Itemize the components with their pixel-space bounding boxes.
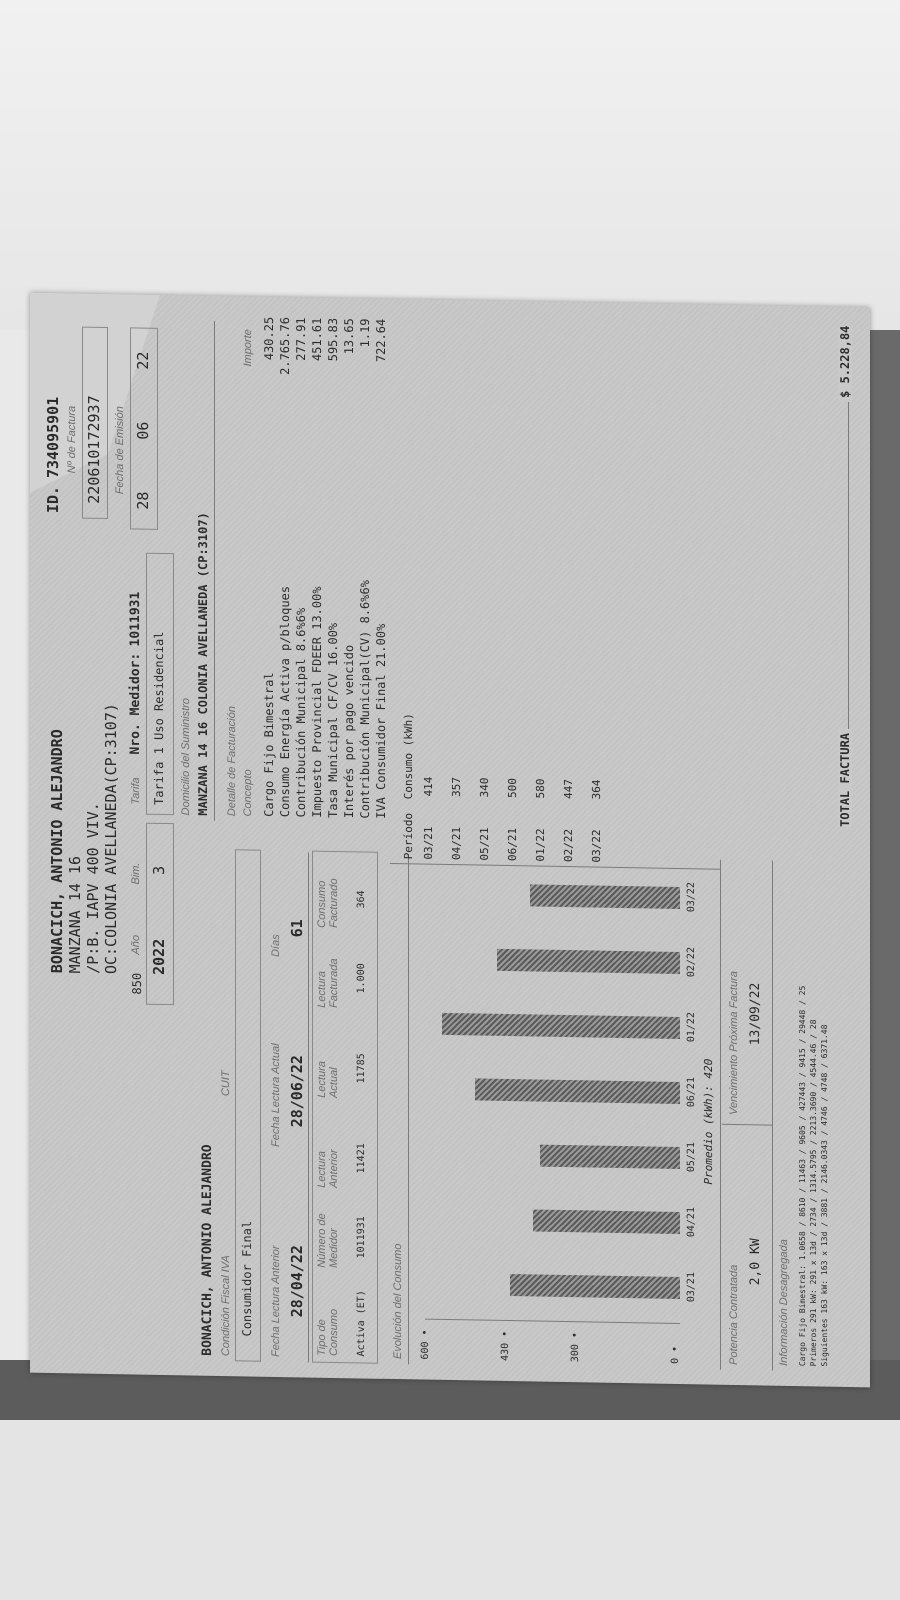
period-label: Período [402, 813, 415, 860]
reading-prev: 11421 [356, 1143, 367, 1173]
electricity-bill-paper: BONACICH, ANTONIO ALEJANDRO MANZANA 14 1… [30, 293, 870, 1388]
x-label: 03/22 [686, 882, 697, 912]
divider [308, 853, 309, 1363]
bar-01-22 [442, 1013, 680, 1039]
bill-line: Contribución Municipal(CV) 8.6%6%1.19 [358, 318, 372, 818]
divider [722, 1124, 772, 1126]
prev-read-date: 28/04/22 [288, 1245, 306, 1318]
kwh: 447 [562, 779, 575, 799]
invoice-number: 220610172937 [85, 395, 103, 504]
supply-address-label: Domicilio del Suministro [180, 698, 192, 816]
due-date-value: 13/09/22 [748, 983, 763, 1046]
issue-day: 28 [134, 491, 152, 509]
bill-concept: Interés por pago vencido [342, 645, 356, 819]
fiscal-condition-label: Condición Fiscal IVA [220, 1255, 232, 1356]
reading-consumption: 364 [356, 890, 367, 908]
year-label: Año [130, 935, 142, 955]
cuit-label: CUIT [220, 1070, 232, 1096]
kwh: 357 [450, 777, 463, 797]
bill-amount: 430.25 [262, 317, 276, 361]
total-amount: $ 5.228,84 [838, 326, 852, 402]
bill-concept: Contribución Municipal(CV) 8.6%6% [358, 580, 372, 819]
divider [408, 854, 409, 1364]
supply-address: MANZANA 14 16 COLONIA AVELLANEDA (CP:310… [196, 512, 210, 816]
bill-amount: 1.19 [358, 318, 372, 347]
background-top [0, 0, 900, 330]
concept-label: Concepto [242, 769, 254, 816]
bill-amount: 277.91 [294, 317, 308, 361]
bar-04-21 [533, 1209, 680, 1234]
history-row: 06/21500 [506, 778, 519, 861]
col-billed-reading: Lectura Facturada [316, 948, 340, 1008]
bill-concept: Impuesto Provincial FDEER 13.00% [310, 586, 324, 817]
days-label: Días [270, 934, 282, 957]
customer-name: BONACICH, ANTONIO ALEJANDRO [200, 1144, 215, 1356]
meter-number: 1011931 [128, 592, 143, 647]
curr-read-date-label: Fecha Lectura Actual [270, 1043, 282, 1147]
bill-concept: Consumo Energía Activa p/bloques [278, 586, 292, 817]
bill-line: Impuesto Provincial FDEER 13.00%451.61 [310, 318, 324, 818]
bill-line: Tasa Municipal CF/CV 16.00%595.83 [326, 318, 340, 818]
reading-type: Activa (ET) [356, 1290, 367, 1356]
bill-amount: 722.64 [374, 319, 388, 363]
power-value: 2,0 KW [748, 1238, 763, 1285]
period: 01/22 [534, 828, 547, 861]
issue-month: 06 [134, 421, 152, 439]
bill-concept: Tasa Municipal CF/CV 16.00% [326, 623, 340, 818]
bill-line: IVA Consumidor Final 21.00%722.64 [374, 319, 388, 819]
history-row: 03/22364 [590, 779, 603, 862]
x-label: 05/21 [686, 1142, 697, 1172]
divider [390, 863, 720, 870]
bill-concept: Cargo Fijo Bimestral [262, 672, 276, 817]
y-tick-600: 600 • [420, 1329, 431, 1359]
issue-year: 22 [134, 351, 152, 369]
prev-read-date-label: Fecha Lectura Anterior [270, 1245, 282, 1357]
total-label: TOTAL FACTURA [838, 729, 852, 827]
divider [720, 860, 721, 1370]
bill-line: Consumo Energía Activa p/bloques2.765.76 [278, 317, 292, 817]
divider [214, 321, 215, 821]
average-consumption: Promedio (kWh): 420 [702, 1059, 715, 1185]
tariff-label: Tarifa [130, 777, 142, 804]
bar-02-22 [497, 949, 680, 974]
curr-read-date: 28/06/22 [288, 1055, 306, 1128]
bill-line: Contribución Municipal 8.6%6%277.91 [294, 317, 308, 817]
power-label: Potencia Contratada [728, 1265, 740, 1366]
bill-concept: Contribución Municipal 8.6%6% [294, 608, 308, 818]
amount-label: Importe [242, 329, 254, 367]
background-bottom [0, 1420, 900, 1600]
col-billed-consumption: Consumo Facturado [316, 858, 340, 928]
bill-amount: 13.65 [342, 318, 356, 354]
kwh: 500 [506, 778, 519, 798]
y-tick-300: 300 • [570, 1332, 581, 1362]
customer-name-header: BONACICH, ANTONIO ALEJANDRO [48, 729, 66, 973]
col-prev-reading: Lectura Anterior [316, 1128, 340, 1188]
tariff-value: Tarifa 1 Uso Residencial [152, 631, 166, 805]
history-row: 02/22447 [562, 779, 575, 862]
bill-line: Cargo Fijo Bimestral430.25 [262, 317, 276, 817]
bill-amount: 451.61 [310, 318, 324, 362]
due-date-label: Vencimiento Próxima Factura [728, 971, 740, 1115]
bar-06-21 [475, 1078, 680, 1104]
history-row: 04/21357 [450, 777, 463, 860]
x-label: 01/22 [686, 1012, 697, 1042]
x-label: 04/21 [686, 1207, 697, 1237]
divider [772, 861, 773, 1371]
year-value: 2022 [150, 939, 168, 975]
bar-03-22 [530, 884, 680, 909]
info-line: Cargo Fijo Bimestral: 1.0658 / 8610 / 11… [798, 986, 807, 1367]
x-label: 02/22 [686, 947, 697, 977]
info-line: Siguientes 163 kW: 163 x 13d / 3881 / 21… [820, 1024, 829, 1366]
kwh: 414 [422, 777, 435, 797]
kwh: 580 [534, 778, 547, 798]
address-line-1: MANZANA 14 16 [66, 856, 84, 974]
bim-value: 3 [150, 866, 168, 875]
year-bim-box [146, 823, 174, 1005]
meter-label: Nro. Medidor: [128, 653, 143, 755]
period: 05/21 [478, 827, 491, 860]
id-label: ID. [44, 486, 62, 513]
bill-concept: IVA Consumidor Final 21.00% [374, 624, 388, 819]
bill-amount: 2.765.76 [278, 317, 292, 375]
period: 02/22 [562, 829, 575, 862]
account-code: 850 [130, 973, 144, 995]
bar-05-21 [540, 1145, 680, 1169]
col-curr-reading: Lectura Actual [316, 1038, 340, 1098]
reading-meter: 1011931 [356, 1216, 367, 1258]
address-line-2: /P:B. IAPV 400 VIV. [84, 802, 102, 974]
info-label: Información Desagregada [778, 1239, 790, 1366]
history-row: 05/21340 [478, 777, 491, 860]
y-tick-0: 0 • [670, 1346, 681, 1364]
period: 06/21 [506, 828, 519, 861]
chart-axis [425, 1319, 680, 1324]
period: 03/21 [422, 826, 435, 859]
bim-label: Bim. [130, 862, 142, 884]
issue-date-label: Fecha de Emisión [114, 406, 126, 494]
info-line: Primeros 291 kW: 291 x 13d / 2734 / 1314… [809, 1019, 818, 1366]
period: 04/21 [450, 827, 463, 860]
history-row: 03/21414 [422, 777, 435, 860]
fiscal-condition: Consumidor Final [240, 1221, 254, 1337]
kwh: 364 [590, 779, 603, 799]
y-tick-430: 430 • [500, 1331, 511, 1361]
billing-title: Detalle de Facturación [226, 706, 238, 816]
col-consumption-type: Tipo de Consumo [316, 1296, 340, 1356]
reading-billed: 1.000 [356, 963, 367, 993]
x-label: 06/21 [686, 1077, 697, 1107]
kwh: 340 [478, 777, 491, 797]
address-line-3: OC:COLONIA AVELLANEDA(CP:3107) [102, 703, 120, 974]
id-value: 734095901 [44, 397, 62, 479]
x-label: 03/21 [686, 1272, 697, 1302]
period: 03/22 [590, 829, 603, 862]
history-title: Evolución del Consumo [392, 1243, 404, 1359]
bill-line: Interés por pago vencido13.65 [342, 318, 356, 818]
days-value: 61 [288, 919, 306, 937]
bar-03-21 [510, 1274, 680, 1299]
bill-amount: 595.83 [326, 318, 340, 362]
reading-curr: 11785 [356, 1053, 367, 1083]
consumption-label: Consumo (kWh) [402, 713, 415, 799]
col-meter-number: Número de Medidor [316, 1198, 340, 1268]
history-row: 01/22580 [534, 778, 547, 861]
invoice-number-label: Nº de Factura [66, 406, 78, 474]
